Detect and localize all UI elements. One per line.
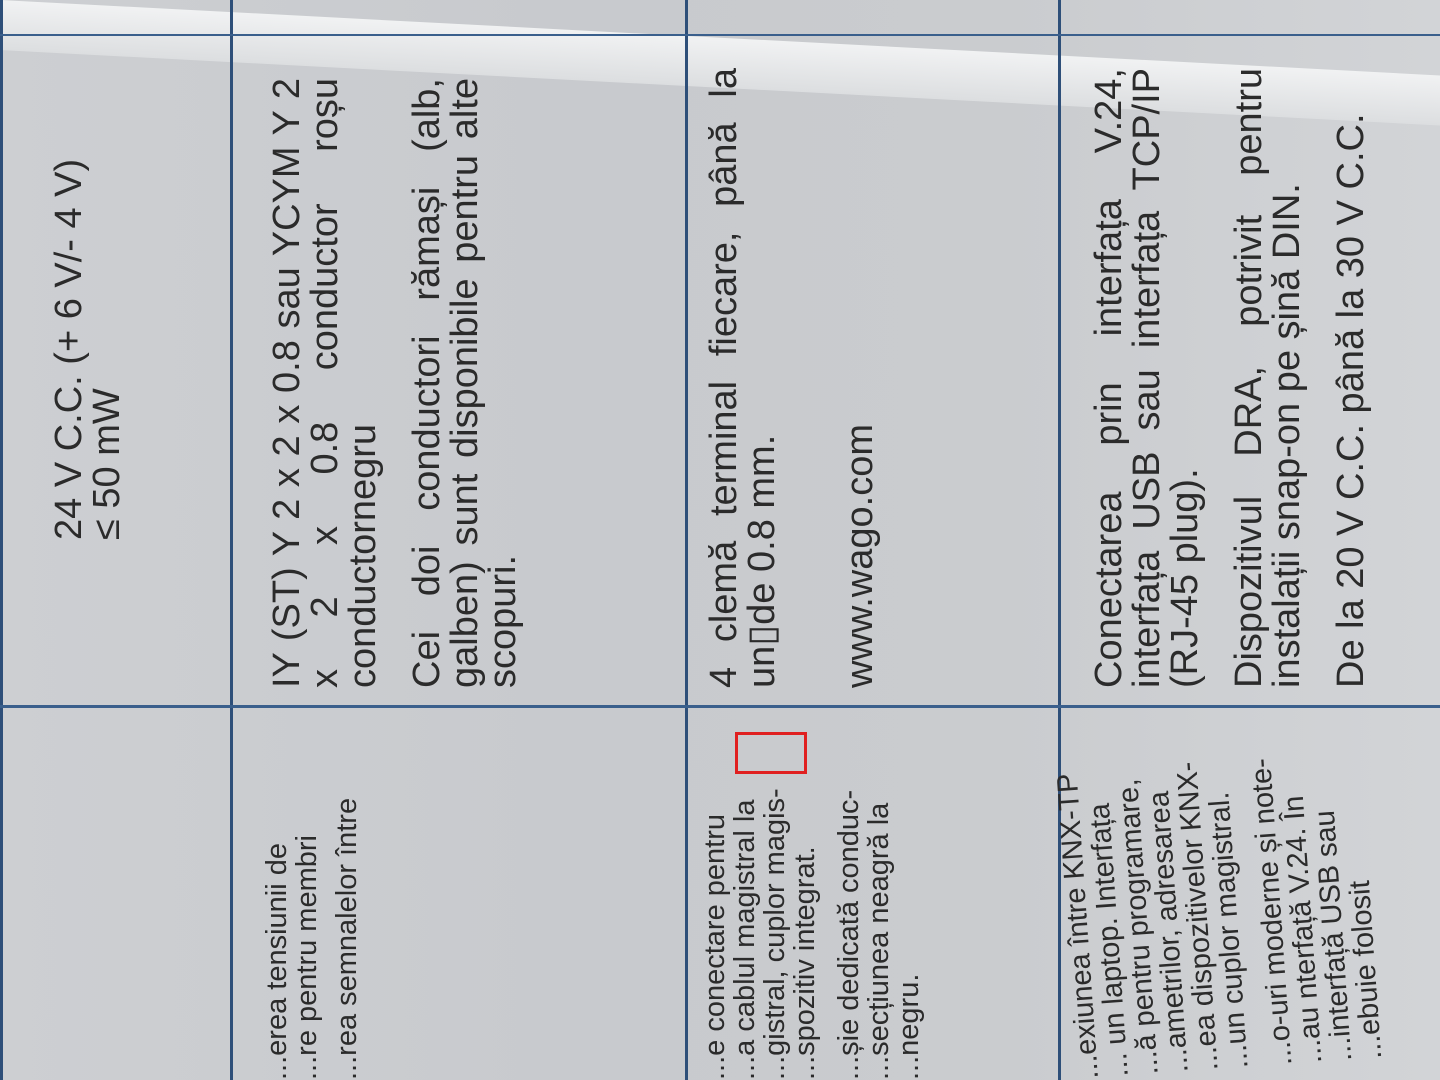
- description-line: ...e conectare pentru: [700, 720, 730, 1080]
- row-2-value: 4 clemă terminal fiecare, până la un▯de …: [705, 68, 905, 688]
- interface-paragraph: Conectarea prin interfața V.24, interfaț…: [1090, 68, 1204, 688]
- value-line: ≤ 50 mW: [88, 40, 126, 540]
- missing-character-highlight: [735, 732, 807, 774]
- description-line: ...șie dedicată conduc-: [834, 720, 864, 1080]
- description-line: ...rea semnalelor între: [332, 720, 362, 1080]
- row-3-description: ...exiunea între KNX-TP ... un laptop. I…: [1049, 699, 1387, 1080]
- spare-conductors-paragraph: Cei doi conductori rămași (alb, galben) …: [408, 78, 522, 688]
- row-0-value: 24 V C.C. (+ 6 V/- 4 V) ≤ 50 mW: [50, 40, 126, 540]
- description-line: ...re pentru membri: [292, 720, 322, 1080]
- row-separator-3: [1058, 0, 1061, 1080]
- row-separator-2: [685, 0, 688, 1080]
- page-right-border: [0, 34, 1440, 36]
- description-line: ...a cablul magistral la: [730, 720, 760, 1080]
- wago-link[interactable]: www.wago.com: [841, 68, 879, 688]
- din-rail-paragraph: Dispozitivul DRA, potrivit pentru instal…: [1230, 68, 1306, 688]
- row-2-description: ...e conectare pentru ...a cablul magist…: [700, 720, 924, 1080]
- cable-spec-paragraph: IY (ST) Y 2 x 2 x 0.8 sau YCYM Y 2 x 2 x…: [268, 78, 382, 688]
- description-line: ...negru.: [894, 720, 924, 1080]
- row-1-value: IY (ST) Y 2 x 2 x 0.8 sau YCYM Y 2 x 2 x…: [268, 78, 548, 688]
- description-line: ...secțiunea neagră la: [864, 720, 894, 1080]
- row-separator-1: [230, 0, 233, 1080]
- description-line: ...gistral, cuplor magis-: [760, 720, 790, 1080]
- description-line: ...spozitiv integrat.: [790, 720, 820, 1080]
- row-3-value: Conectarea prin interfața V.24, interfaț…: [1090, 68, 1396, 688]
- column-separator: [0, 705, 1440, 708]
- table-border-top: [0, 0, 3, 1080]
- voltage-range-paragraph: De la 20 V C.C. până la 30 V C.C.: [1332, 68, 1370, 688]
- terminal-clamp-paragraph: 4 clemă terminal fiecare, până la un▯de …: [705, 68, 781, 688]
- rotated-document-page: 24 V C.C. (+ 6 V/- 4 V) ≤ 50 mW ...erea …: [0, 0, 1440, 1080]
- description-line: ...erea tensiunii de: [262, 720, 292, 1080]
- value-line: 24 V C.C. (+ 6 V/- 4 V): [50, 40, 88, 540]
- row-1-description: ...erea tensiunii de ...re pentru membri…: [262, 720, 362, 1080]
